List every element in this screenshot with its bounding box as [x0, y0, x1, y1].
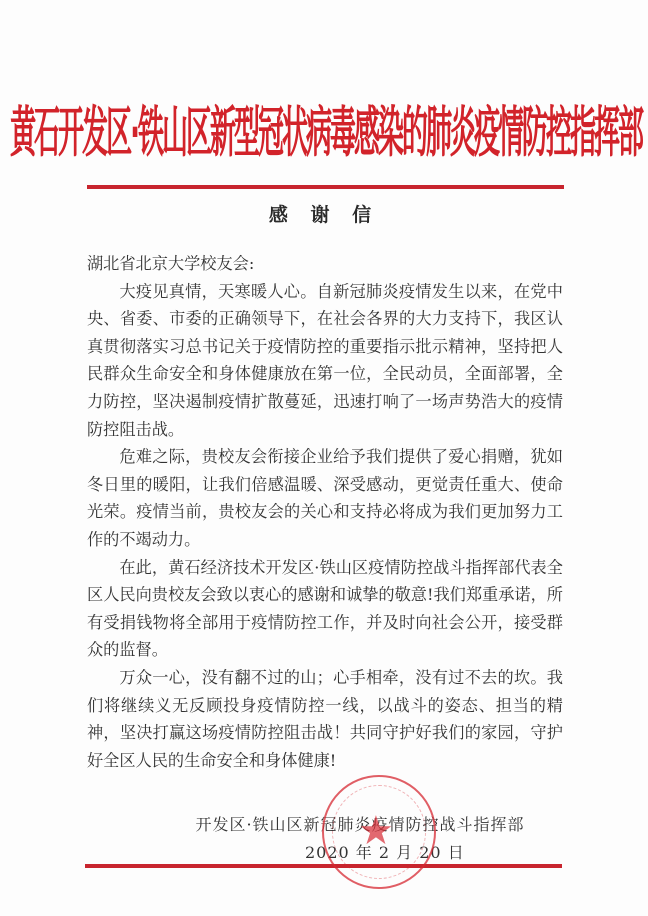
letterhead-title: 黄石开发区·铁山区新型冠状病毒感染的肺炎疫情防控指挥部 — [87, 52, 565, 203]
paragraph-1: 大疫见真情，天寒暖人心。自新冠肺炎疫情发生以来，在党中央、省委、市委的正确领导下… — [87, 278, 563, 444]
document-title: 感 谢 信 — [0, 200, 648, 227]
star-icon: ★ — [358, 811, 394, 851]
salutation: 湖北省北京大学校友会: — [87, 250, 563, 278]
official-seal: ★ — [322, 775, 436, 889]
letter-body: 湖北省北京大学校友会: 大疫见真情，天寒暖人心。自新冠肺炎疫情发生以来，在党中央… — [87, 250, 563, 774]
paragraph-2: 危难之际，贵校友会衔接企业给予我们提供了爱心捐赠，犹如冬日里的暖阳，让我们倍感温… — [87, 443, 563, 553]
letter-page: 黄石开发区·铁山区新型冠状病毒感染的肺炎疫情防控指挥部 感 谢 信 湖北省北京大… — [0, 0, 648, 916]
paragraph-3: 在此，黄石经济技术开发区·铁山区疫情防控战斗指挥部代表全区人民向贵校友会致以衷心… — [87, 554, 563, 664]
paragraph-4: 万众一心，没有翻不过的山；心手相牵，没有过不去的坎。我们将继续义无反顾投身疫情防… — [87, 664, 563, 774]
letterhead-divider — [87, 185, 564, 189]
footer-divider — [85, 864, 562, 868]
